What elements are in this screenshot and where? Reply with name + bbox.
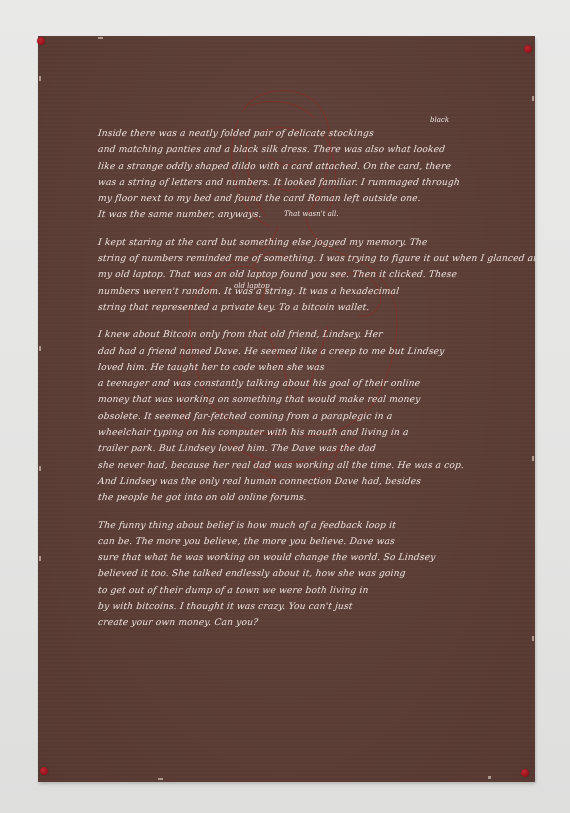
paragraph-2: I kept staring at the card but something… — [98, 235, 488, 316]
insertion-note: That wasn't all. — [284, 210, 339, 218]
text-line: And Lindsey was the only real human conn… — [97, 474, 489, 490]
text-line: dad had a friend named Dave. He seemed l… — [97, 344, 489, 360]
text-line: trailer park. But Lindsey loved him. The… — [97, 441, 489, 457]
pin-top-right — [524, 45, 532, 53]
edge-mark — [39, 466, 41, 471]
text-line: a teenager and was constantly talking ab… — [97, 376, 489, 392]
edge-mark — [98, 37, 103, 39]
text-line: to get out of their dump of a town we we… — [97, 583, 489, 599]
pin-top-left — [37, 37, 45, 45]
text-line: create your own money. Can you? — [97, 615, 489, 631]
text-line: obsolete. It seemed far-fetched coming f… — [97, 409, 489, 425]
text-line: believed it too. She talked endlessly ab… — [97, 566, 489, 582]
text-line: she never had, because her real dad was … — [97, 458, 489, 474]
edge-mark — [39, 346, 41, 351]
edge-mark — [532, 636, 534, 641]
insertion-note: old laptop — [234, 282, 270, 290]
text-line: loved him. He taught her to code when sh… — [97, 360, 489, 376]
text-line: was a string of letters and numbers. It … — [97, 175, 489, 191]
text-line: wheelchair typing on his computer with h… — [97, 425, 489, 441]
text-line: my old laptop. That was an old laptop fo… — [97, 267, 489, 283]
paragraph-4: The funny thing about belief is how much… — [98, 518, 488, 632]
brown-paper-sheet: Inside there was a neatly folded pair of… — [38, 36, 535, 782]
text-line: sure that what he was working on would c… — [97, 550, 489, 566]
text-line: The funny thing about belief is how much… — [97, 518, 489, 534]
text-line: numbers weren't random. It was a string.… — [97, 284, 489, 300]
paragraph-3: I knew about Bitcoin only from that old … — [98, 327, 488, 506]
text-line: the people he got into on old online for… — [97, 490, 489, 506]
text-line: money that was working on something that… — [97, 392, 489, 408]
edge-mark — [532, 456, 534, 461]
edge-mark — [488, 776, 491, 779]
text-line: my floor next to my bed and found the ca… — [97, 191, 489, 207]
insertion-note: black — [430, 116, 449, 124]
pin-bottom-right — [521, 769, 529, 777]
pin-bottom-left — [40, 767, 48, 775]
edge-mark — [39, 556, 41, 561]
edge-mark — [158, 778, 163, 780]
text-line: string of numbers reminded me of somethi… — [97, 251, 489, 267]
text-line: and matching panties and a black silk dr… — [97, 142, 489, 158]
text-line: I kept staring at the card but something… — [97, 235, 489, 251]
handwritten-text: Inside there was a neatly folded pair of… — [98, 126, 488, 643]
edge-mark — [39, 76, 41, 81]
artwork-photo: { "artwork": { "description": "Handwritt… — [0, 0, 570, 813]
text-line: Inside there was a neatly folded pair of… — [97, 126, 489, 142]
text-line: by with bitcoins. I thought it was crazy… — [97, 599, 489, 615]
text-line: I knew about Bitcoin only from that old … — [97, 327, 489, 343]
text-line: can be. The more you believe, the more y… — [97, 534, 489, 550]
text-line: like a strange oddly shaped dildo with a… — [97, 159, 489, 175]
text-line: string that represented a private key. T… — [97, 300, 489, 316]
edge-mark — [532, 96, 534, 101]
